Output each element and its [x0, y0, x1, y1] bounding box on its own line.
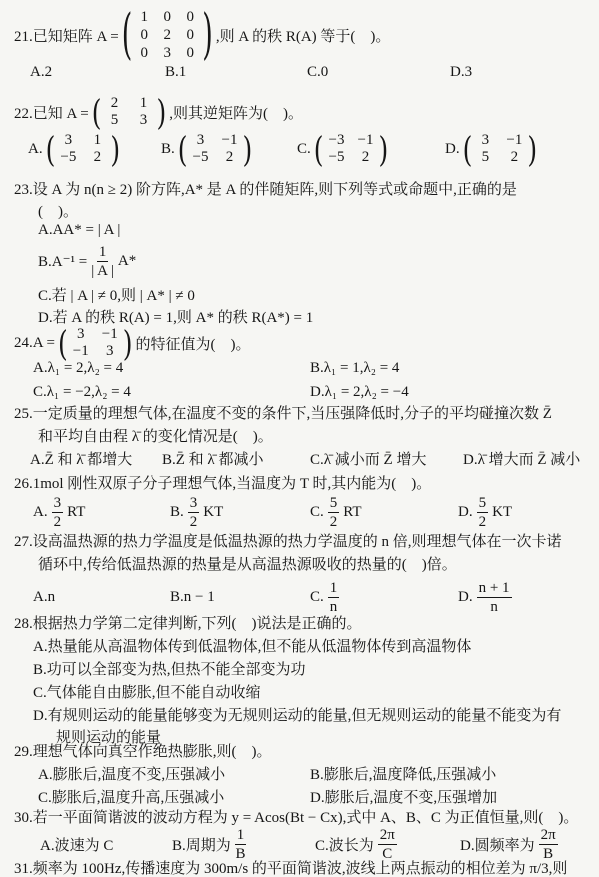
matrix-cell: 3: [476, 132, 494, 149]
option-b: B.Z̄ 和 λ̄ 都减小: [162, 448, 310, 469]
fraction-denominator: 2: [479, 513, 487, 531]
option-a: A. 3 2 RT: [33, 494, 170, 531]
exam-page: 21.已知矩阵 A = ( 1 0 0 0 2 0 0 3 0 ) ,则 A 的…: [0, 0, 599, 877]
matrix-cell: −1: [357, 132, 375, 149]
question-31-stem: 31.频率为 100Hz,传播速度为 300m/s 的平面简谐波,波线上两点振动…: [14, 857, 567, 877]
matrix-cell: −5: [59, 149, 77, 166]
question-28-stem: 28.根据热力学第二定律判断,下列( )说法是正确的。: [14, 612, 362, 633]
matrix-body: 2 1 5 3: [101, 95, 156, 129]
option-label: A.: [33, 504, 48, 521]
option-a: A.2: [30, 64, 165, 81]
matrix-cell: 0: [182, 8, 198, 26]
right-paren: ): [379, 132, 389, 167]
matrix-cell: 3: [59, 132, 77, 149]
stem-text: 的特征值为( )。: [136, 333, 251, 354]
stem-text: ,则 A 的秩 R(A) 等于( )。: [216, 25, 391, 46]
option-label: A.: [28, 141, 43, 158]
fraction-numerator: 3: [52, 494, 64, 513]
option-d: D. ( 3 −1 5 2 ): [445, 132, 540, 166]
option-a: A. ( 3 1 −5 2 ): [28, 132, 161, 166]
fraction: 5 2: [328, 494, 340, 531]
matrix-body: 3 −1 5 2: [472, 132, 527, 166]
option-c: C.若 | A | ≠ 0,则 | A* | ≠ 0: [38, 284, 195, 305]
matrix-cell: −1: [221, 132, 239, 149]
matrix-2x2: ( 3 −1 5 2 ): [463, 132, 538, 166]
option-label: C.: [310, 589, 324, 606]
right-paren: ): [527, 132, 537, 167]
fraction-numerator: 1: [328, 579, 340, 598]
option-d: D.λ̄ 增大而 Z̄ 减小: [463, 448, 580, 469]
option-b: B. 3 2 KT: [170, 494, 310, 531]
option-b: B. ( 3 −1 −5 2 ): [161, 132, 297, 166]
option-text: RT: [67, 504, 85, 521]
matrix-body: 3 1 −5 2: [55, 132, 110, 166]
matrix-2x2: ( 2 1 5 3 ): [92, 95, 167, 129]
option-label: D.: [458, 504, 473, 521]
option-label: C.: [297, 141, 311, 158]
question-25-stem-line2: 和平均自由程 λ̄ 的变化情况是( )。: [38, 425, 273, 446]
matrix-cell: 0: [182, 44, 198, 62]
matrix-cell: −5: [192, 149, 210, 166]
right-paren: ): [202, 8, 213, 62]
matrix-3x3: ( 1 0 0 0 2 0 0 3 0 ): [122, 8, 213, 62]
option-b: B.n − 1: [170, 589, 310, 606]
fraction: 3 2: [52, 494, 64, 531]
option-a: A.膨胀后,温度不变,压强减小: [38, 763, 310, 784]
matrix-cell: 2: [505, 149, 523, 166]
option-d: D. n + 1 n: [458, 579, 516, 616]
fraction-denominator: 2: [190, 513, 198, 531]
matrix-cell: 5: [476, 149, 494, 166]
option-b: B.A⁻¹ = 1 | A | A*: [38, 240, 136, 282]
option-d: D. 5 2 KT: [458, 494, 512, 531]
option-text: A*: [118, 253, 136, 270]
matrix-cell: 0: [136, 44, 152, 62]
matrix-cell: 1: [88, 132, 106, 149]
matrix-2x2: ( −3 −1 −5 2 ): [314, 132, 389, 166]
matrix-cell: −1: [101, 326, 119, 343]
question-21-stem: 21.已知矩阵 A = ( 1 0 0 0 2 0 0 3 0 ) ,则 A 的…: [14, 6, 390, 64]
option-text: KT: [492, 504, 512, 521]
question-26-options: A. 3 2 RT B. 3 2 KT C. 5 2 RT D.: [33, 492, 512, 532]
matrix-cell: 3: [72, 326, 90, 343]
matrix-cell: 0: [136, 26, 152, 44]
option-text: RT: [343, 504, 361, 521]
option-label: D.: [458, 589, 473, 606]
option-c: C.λ₁ = −2,λ₂ = 4: [33, 384, 310, 401]
question-25-stem-line1: 25.一定质量的理想气体,在温度不变的条件下,当压强降低时,分子的平均碰撞次数 …: [14, 402, 552, 423]
option-label: C.: [310, 504, 324, 521]
question-22-options: A. ( 3 1 −5 2 ) B. ( 3 −1 −5 2: [28, 126, 540, 172]
option-a: A.n: [33, 589, 170, 606]
option-c: C.λ̄ 减小而 Z̄ 增大: [310, 448, 463, 469]
matrix-cell: 3: [159, 44, 175, 62]
fraction-denominator: 2: [54, 513, 62, 531]
fraction-numerator: 3: [188, 494, 200, 513]
fraction: 3 2: [188, 494, 200, 531]
option-b: B.1: [165, 64, 307, 81]
matrix-body: 3 −1 −5 2: [188, 132, 243, 166]
matrix-body: −3 −1 −5 2: [324, 132, 379, 166]
option-a: A.Z̄ 和 λ̄ 都增大: [30, 448, 162, 469]
question-26-stem: 26.1mol 刚性双原子分子理想气体,当温度为 T 时,其内能为( )。: [14, 472, 431, 493]
option-text: B.周期为: [172, 834, 231, 855]
question-27-stem-line1: 27.设高温热源的热力学温度是低温热源的热力学温度的 n 倍,则理想气体在一次卡…: [14, 530, 562, 551]
matrix-cell: 1: [134, 95, 152, 112]
option-label: D.: [445, 141, 460, 158]
right-paren: ): [110, 132, 120, 167]
stem-text: ,则其逆矩阵为( )。: [169, 102, 303, 123]
matrix-cell: 2: [159, 26, 175, 44]
option-c: C. ( −3 −1 −5 2 ): [297, 132, 445, 166]
fraction-numerator: 2π: [378, 826, 397, 845]
matrix-cell: 3: [101, 343, 119, 360]
fraction-numerator: 5: [328, 494, 340, 513]
fraction: 1 n: [328, 579, 340, 616]
right-paren: ): [243, 132, 253, 167]
left-paren: (: [58, 326, 68, 361]
matrix-cell: 2: [221, 149, 239, 166]
matrix-cell: −1: [505, 132, 523, 149]
matrix-cell: −5: [328, 149, 346, 166]
option-c: C. 5 2 RT: [310, 494, 458, 531]
question-21-options: A.2 B.1 C.0 D.3: [30, 64, 472, 81]
fraction: n + 1 n: [477, 579, 512, 616]
question-24-options-row1: A.λ₁ = 2,λ₂ = 4 B.λ₁ = 1,λ₂ = 4: [33, 360, 399, 377]
matrix-2x2: ( 3 −1 −5 2 ): [178, 132, 253, 166]
option-b: B.功可以全部变为热,但热不能全部变为功: [33, 658, 306, 679]
stem-text: 22.已知 A =: [14, 102, 89, 123]
left-paren: (: [314, 132, 324, 167]
stem-text: 24.A =: [14, 335, 55, 352]
fraction-denominator: n: [490, 598, 498, 616]
matrix-cell: −3: [328, 132, 346, 149]
fraction-numerator: 2π: [539, 826, 558, 845]
matrix-cell: 0: [182, 26, 198, 44]
stem-text: 21.已知矩阵 A =: [14, 25, 119, 46]
matrix-body: 1 0 0 0 2 0 0 3 0: [132, 8, 202, 62]
fraction-denominator: | A |: [91, 262, 114, 280]
question-24-options-row2: C.λ₁ = −2,λ₂ = 4 D.λ₁ = 2,λ₂ = −4: [33, 384, 409, 401]
fraction-numerator: n + 1: [477, 579, 512, 598]
option-text: KT: [203, 504, 223, 521]
question-23-stem-line1: 23.设 A 为 n(n ≥ 2) 阶方阵,A* 是 A 的伴随矩阵,则下列等式…: [14, 178, 517, 199]
matrix-2x2: ( 3 −1 −1 3 ): [58, 326, 133, 360]
question-23-stem-line2: ( )。: [38, 200, 78, 221]
left-paren: (: [178, 132, 188, 167]
question-25-options: A.Z̄ 和 λ̄ 都增大 B.Z̄ 和 λ̄ 都减小 C.λ̄ 减小而 Z̄ …: [30, 448, 580, 469]
option-a: A.热量能从高温物体传到低温物体,但不能从低温物体传到高温物体: [33, 635, 471, 656]
matrix-cell: 2: [88, 149, 106, 166]
fraction-numerator: 5: [477, 494, 489, 513]
matrix-cell: 3: [192, 132, 210, 149]
fraction-numerator: 1: [97, 243, 109, 262]
option-text: B.A⁻¹ =: [38, 252, 87, 271]
option-b: B.膨胀后,温度降低,压强减小: [310, 763, 496, 784]
question-29-options-row1: A.膨胀后,温度不变,压强减小 B.膨胀后,温度降低,压强减小: [38, 763, 496, 784]
fraction: 5 2: [477, 494, 489, 531]
left-paren: (: [92, 95, 102, 130]
fraction-denominator: 2: [330, 513, 338, 531]
option-c: C. 1 n: [310, 579, 458, 616]
matrix-cell: 0: [159, 8, 175, 26]
option-a: A.λ₁ = 2,λ₂ = 4: [33, 360, 310, 377]
option-label: B.: [170, 504, 184, 521]
matrix-cell: −1: [72, 343, 90, 360]
right-paren: ): [123, 326, 133, 361]
option-d: D.膨胀后,温度不变,压强增加: [310, 786, 497, 807]
option-d: D.3: [450, 64, 472, 81]
left-paren: (: [46, 132, 56, 167]
option-c: C.气体能自由膨胀,但不能自动收缩: [33, 681, 261, 702]
matrix-cell: 2: [105, 95, 123, 112]
matrix-2x2: ( 3 1 −5 2 ): [46, 132, 121, 166]
option-a: A.波速为 C: [40, 834, 172, 855]
question-24-stem: 24.A = ( 3 −1 −1 3 ) 的特征值为( )。: [14, 322, 251, 364]
fraction-numerator: 1: [235, 826, 247, 845]
option-d: D.λ₁ = 2,λ₂ = −4: [310, 384, 409, 401]
question-29-options-row2: C.膨胀后,温度升高,压强减小 D.膨胀后,温度不变,压强增加: [38, 786, 497, 807]
matrix-cell: 2: [357, 149, 375, 166]
matrix-cell: 1: [136, 8, 152, 26]
option-b: B.λ₁ = 1,λ₂ = 4: [310, 360, 399, 377]
option-a: A.AA* = | A |: [38, 222, 120, 239]
matrix-body: 3 −1 −1 3: [68, 326, 123, 360]
option-c: C.膨胀后,温度升高,压强减小: [38, 786, 310, 807]
option-c: C.0: [307, 64, 450, 81]
option-d-line1: D.有规则运动的能量能够变为无规则运动的能量,但无规则运动的能量不能变为有: [33, 704, 561, 725]
left-paren: (: [122, 8, 133, 62]
left-paren: (: [463, 132, 473, 167]
question-27-stem-line2: 循环中,传给低温热源的热量是从高温热源吸收的热量的( )倍。: [38, 553, 457, 574]
option-text: D.圆频率为: [460, 834, 535, 855]
option-text: C.波长为: [315, 834, 374, 855]
right-paren: ): [156, 95, 166, 130]
fraction: 1 | A |: [91, 243, 114, 280]
option-label: B.: [161, 141, 175, 158]
question-29-stem: 29.理想气体向真空作绝热膨胀,则( )。: [14, 740, 272, 761]
